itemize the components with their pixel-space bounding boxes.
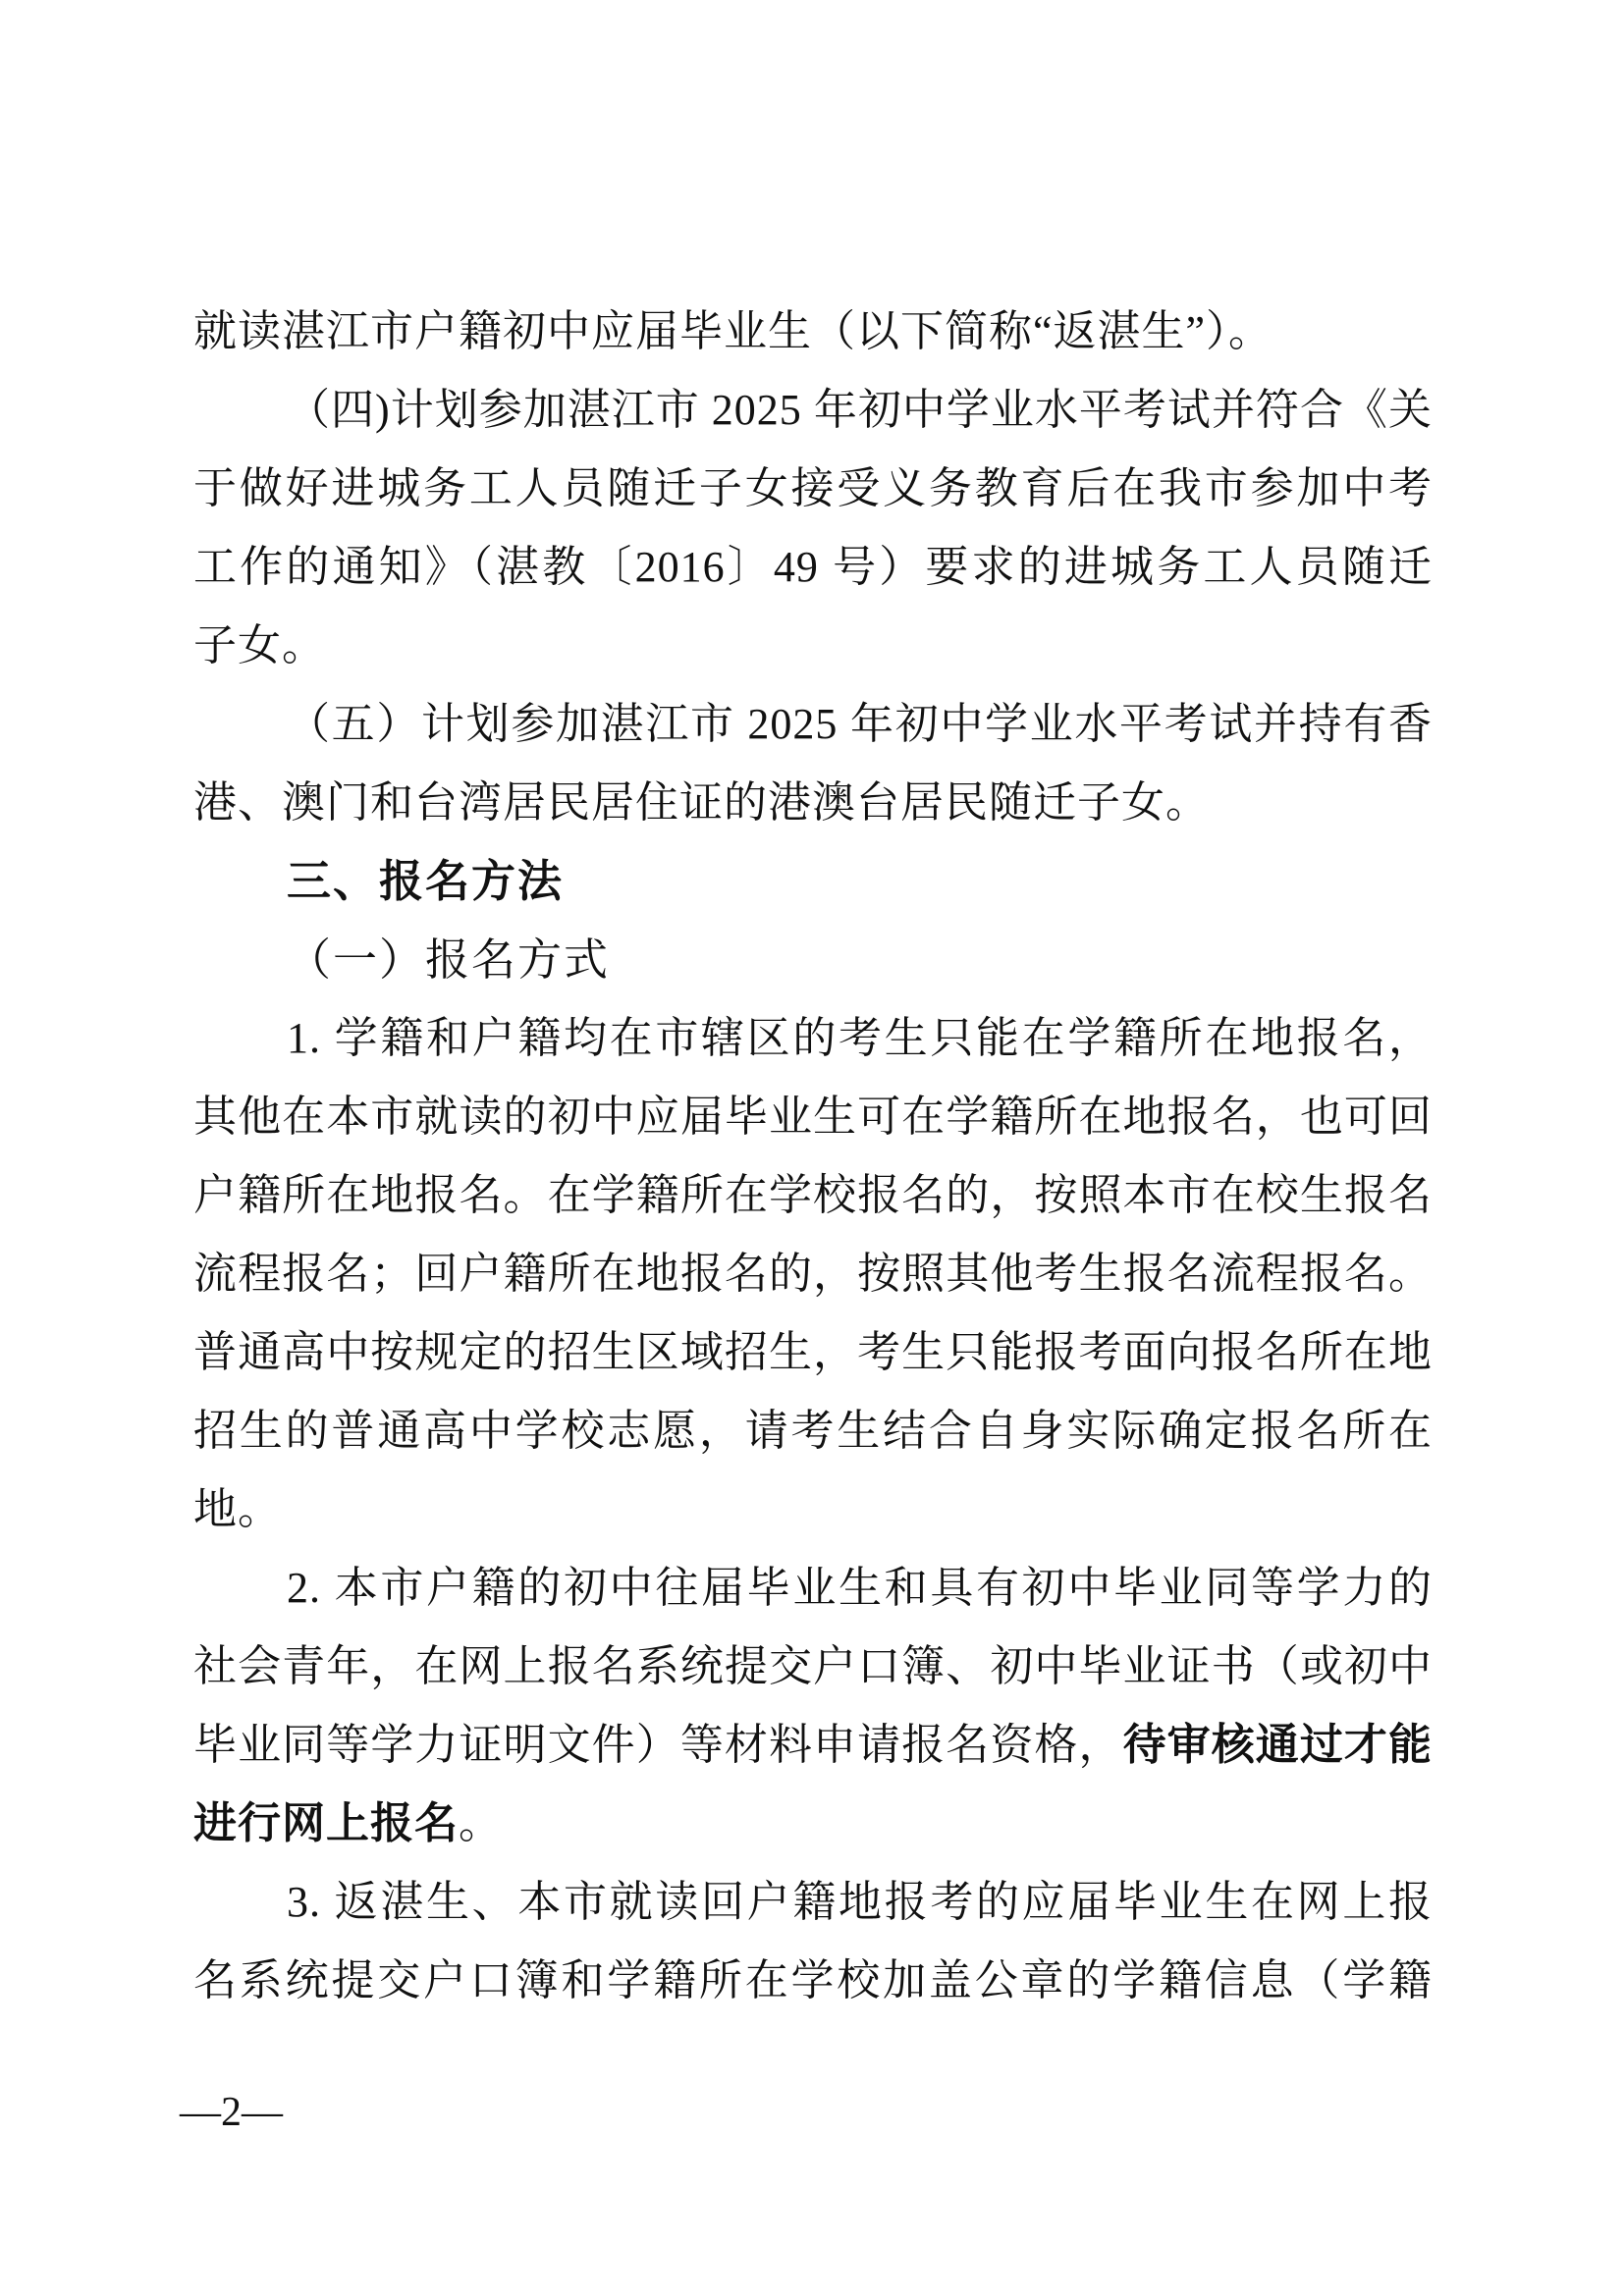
text-line: 名系统提交户口簿和学籍所在学校加盖公章的学籍信息（学籍 xyxy=(193,1942,1433,2020)
text-line: （五）计划参加湛江市 2025 年初中学业水平考试并持有香 xyxy=(193,685,1433,764)
text-line: 毕业同等学力证明文件）等材料申请报名资格，待审核通过才能 xyxy=(193,1706,1433,1785)
text-line: 1. 学籍和户籍均在市辖区的考生只能在学籍所在地报名， xyxy=(193,999,1433,1078)
page-number: —2— xyxy=(180,2089,283,2136)
text-line: 港、澳门和台湾居民居住证的港澳台居民随迁子女。 xyxy=(193,764,1433,842)
text-segment: 。 xyxy=(459,1799,503,1847)
text-line: 户籍所在地报名。在学籍所在学校报名的，按照本市在校生报名 xyxy=(193,1156,1433,1235)
text-line: 招生的普通高中学校志愿，请考生结合自身实际确定报名所在 xyxy=(193,1392,1433,1470)
bold-text-segment: 待审核通过才能 xyxy=(1123,1721,1433,1769)
text-line: 子女。 xyxy=(193,607,1433,685)
text-line: 社会青年，在网上报名系统提交户口簿、初中毕业证书（或初中 xyxy=(193,1628,1433,1706)
text-line: 普通高中按规定的招生区域招生，考生只能报考面向报名所在地 xyxy=(193,1313,1433,1392)
text-line: 工作的通知》（湛教〔2016〕49 号）要求的进城务工人员随迁 xyxy=(193,528,1433,607)
text-line: 就读湛江市户籍初中应届毕业生（以下简称“返湛生”）。 xyxy=(193,293,1433,371)
text-line: 进行网上报名。 xyxy=(193,1785,1433,1863)
text-line: 其他在本市就读的初中应届毕业生可在学籍所在地报名，也可回 xyxy=(193,1078,1433,1156)
text-line: 于做好进城务工人员随迁子女接受义务教育后在我市参加中考 xyxy=(193,450,1433,528)
document-body: 就读湛江市户籍初中应届毕业生（以下简称“返湛生”）。 （四)计划参加湛江市 20… xyxy=(193,293,1433,2020)
text-segment: 毕业同等学力证明文件）等材料申请报名资格， xyxy=(193,1721,1123,1769)
text-line: 3. 返湛生、本市就读回户籍地报考的应届毕业生在网上报 xyxy=(193,1863,1433,1942)
section-heading: 三、报名方法 xyxy=(193,842,1433,921)
bold-text-segment: 进行网上报名 xyxy=(193,1799,459,1847)
text-line: （四)计划参加湛江市 2025 年初中学业水平考试并符合《关 xyxy=(193,371,1433,450)
subsection-heading: （一）报名方式 xyxy=(193,921,1433,999)
text-line: 地。 xyxy=(193,1470,1433,1549)
text-line: 流程报名；回户籍所在地报名的，按照其他考生报名流程报名。 xyxy=(193,1235,1433,1313)
document-page: 就读湛江市户籍初中应届毕业生（以下简称“返湛生”）。 （四)计划参加湛江市 20… xyxy=(0,0,1624,2296)
text-line: 2. 本市户籍的初中往届毕业生和具有初中毕业同等学力的 xyxy=(193,1549,1433,1628)
